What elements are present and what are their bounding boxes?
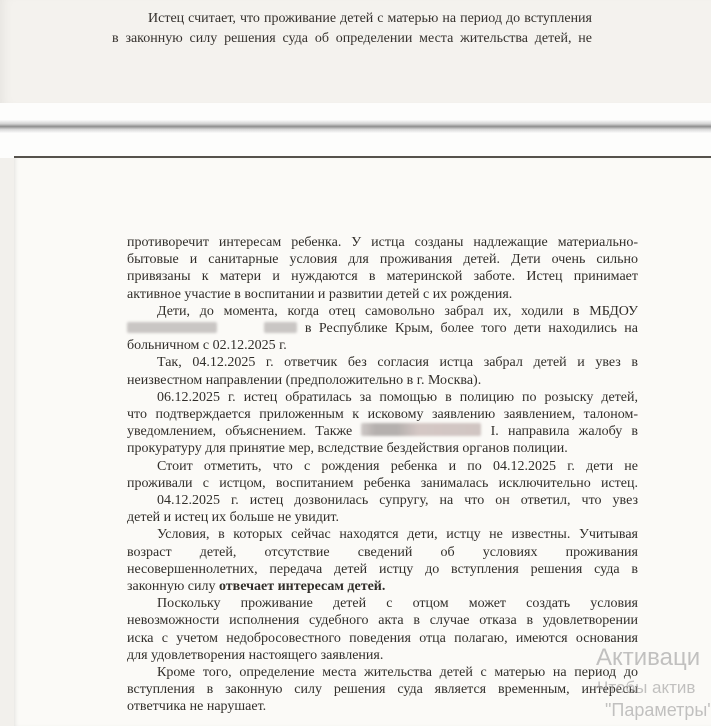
text-line: что подтверждается приложенным к исковом… [127,406,638,423]
text-line: Дети, до момента, когда отец самовольно … [127,303,638,320]
text-line: противоречит интересам ребенка. У истца … [127,234,638,251]
text-line: бытовые и санитарные условия для прожива… [127,251,638,268]
windows-activation-watermark-line2: Чтобы актив [597,678,695,698]
text-line: Стоит отметить, что с рождения ребенка и… [127,458,638,475]
redaction-blur [264,322,297,333]
text-line: в Республике Крым, более того дети наход… [127,320,638,337]
page-fragment-top: Истец считает, что проживание детей с ма… [0,0,711,103]
document-photo-viewer: { "colors": { "paper_top": "#f4f2ee", "p… [0,0,711,726]
text-line: 06.12.2025 г. истец обратилась за помощь… [127,389,638,406]
bold-text: отвечает интересам детей. [219,579,385,594]
text-line: привязаны к матери и нуждаются в материн… [127,268,638,285]
text-line: ответчика не нарушает. [127,698,638,715]
text-line: Поскольку проживание детей с отцом может… [127,595,638,612]
main-page-text-block: противоречит интересам ребенка. У истца … [127,234,638,716]
text-line: Так, 04.12.2025 г. ответчик без согласия… [127,354,638,371]
windows-activation-watermark-line1: Активаци [596,644,700,672]
text-line: больничном с 02.12.2025 г. [127,337,638,354]
text-line: невозможности исполнения судебного акта … [127,612,638,629]
text-line: для удовлетворения настоящего заявления. [127,647,638,664]
text-line: вступления в законную силу решения суда … [127,681,638,698]
page-left-margin-strip [0,158,14,726]
text-line: неизвестном направлении (предположительн… [127,372,638,389]
text-line: детей и истец их больше не увидит. [127,509,638,526]
text-line: проживали с истцом, воспитанием ребенка … [127,475,638,492]
text-line: прокуратуру для принятие мер, вследствие… [127,440,638,457]
page-separator [0,103,711,158]
text-line: Условия, в которых сейчас находятся дети… [127,526,638,543]
top-page-text-block: Истец считает, что проживание детей с ма… [112,9,592,48]
page-separator-line [0,120,711,133]
text-line: уведомлением, объяснением. Также І. напр… [127,423,638,440]
text-line: несовершеннолетних, передача детей истцу… [127,561,638,578]
windows-activation-watermark-line3: "Параметры" [605,700,711,721]
text-line: в законную силу решения суда об определе… [112,29,592,49]
text-line: законную силу отвечает интересам детей. [127,578,638,595]
text-line: иска с учетом недобросовестного поведени… [127,630,638,647]
text-line: Кроме того, определение места жительства… [127,664,638,681]
text-line: 04.12.2025 г. истец дозвонилась супругу,… [127,492,638,509]
text-line: активное участие в воспитании и развитии… [127,286,638,303]
redaction-blur [127,322,217,333]
redaction-blur [361,423,481,436]
text-line: возраст детей, отсутствие сведений об ус… [127,544,638,561]
text-line: Истец считает, что проживание детей с ма… [112,9,592,29]
